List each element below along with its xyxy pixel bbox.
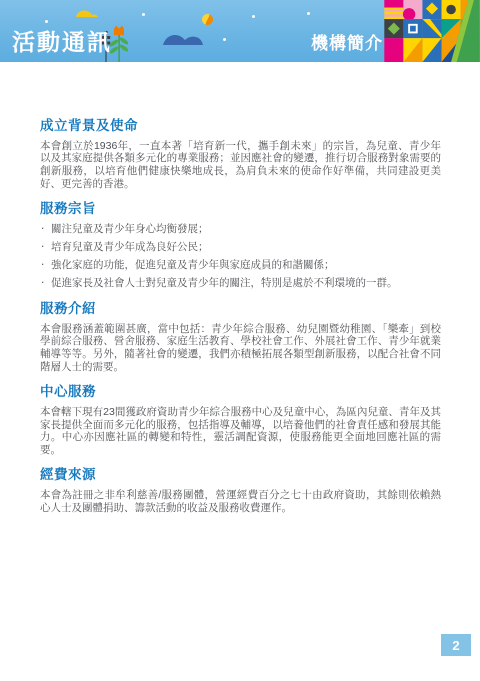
list-item-text: 促進家長及社會人士對兒童及青少年的關注，特別是處於不利環境的一群。 (51, 277, 398, 289)
white-dot-icon (45, 20, 48, 23)
list-item: ‧ 強化家庭的功能，促進兒童及青少年與家庭成員的和諧關係； (40, 259, 441, 272)
mosaic-pattern (384, 0, 480, 62)
newsletter-page: 活動通訊 機構簡介 成立背景及使命 本會創立於1936年，一直本著「培育新一代，… (0, 0, 480, 681)
section-service-objectives: 服務宗旨 ‧ 關注兒童及青少年身心均衡發展； ‧ 培育兒童及青少年成為良好公民；… (40, 202, 441, 290)
list-item: ‧ 促進家長及社會人士對兒童及青少年的關注，特別是處於不利環境的一群。 (40, 277, 441, 290)
page-number-badge: 2 (441, 634, 471, 656)
page-header: 活動通訊 機構簡介 (0, 0, 480, 62)
list-item: ‧ 培育兒童及青少年成為良好公民； (40, 241, 441, 254)
section-centre-services: 中心服務 本會轄下現有23間獲政府資助青少年綜合服務中心及兒童中心，為區內兒童、… (40, 385, 441, 456)
list-item: ‧ 關注兒童及青少年身心均衡發展； (40, 223, 441, 236)
section-heading: 經費來源 (40, 468, 441, 483)
section-body: 本會服務涵蓋範圍甚廣，當中包括：青少年綜合服務、幼兒園暨幼稚園、「樂牽」到校學前… (40, 323, 441, 373)
objectives-list: ‧ 關注兒童及青少年身心均衡發展； ‧ 培育兒童及青少年成為良好公民； ‧ 強化… (40, 223, 441, 290)
section-body: 本會為註冊之非牟利慈善/服務團體，營運經費百分之七十由政府資助，其餘則依賴熱心人… (40, 489, 441, 514)
list-item-text: 關注兒童及青少年身心均衡發展； (51, 223, 209, 235)
section-service-introduction: 服務介紹 本會服務涵蓋範圍甚廣，當中包括：青少年綜合服務、幼兒園暨幼稚園、「樂牽… (40, 302, 441, 373)
bullet-marker: ‧ (41, 259, 44, 272)
section-heading: 中心服務 (40, 385, 441, 400)
bullet-marker: ‧ (41, 277, 44, 290)
header-section-label: 機構簡介 (311, 35, 383, 52)
yellow-cloud-icon (76, 10, 98, 17)
newsletter-title: 活動通訊 (12, 31, 112, 54)
blue-cloud-icon (163, 32, 203, 45)
section-body: 本會轄下現有23間獲政府資助青少年綜合服務中心及兒童中心，為區內兒童、青年及其家… (40, 406, 441, 456)
section-heading: 服務介紹 (40, 302, 441, 317)
white-dot-icon (307, 12, 310, 15)
section-body: 本會創立於1936年，一直本著「培育新一代，攜手創未來」的宗旨，為兒童、青少年以… (40, 140, 441, 190)
section-funding-sources: 經費來源 本會為註冊之非牟利慈善/服務團體，營運經費百分之七十由政府資助，其餘則… (40, 468, 441, 514)
list-item-text: 培育兒童及青少年成為良好公民； (51, 241, 209, 253)
white-dot-icon (252, 15, 255, 18)
sun-icon (202, 14, 213, 25)
white-dot-icon (223, 38, 226, 41)
content-area: 成立背景及使命 本會創立於1936年，一直本著「培育新一代，攜手創未來」的宗旨，… (0, 62, 480, 526)
section-founding-background: 成立背景及使命 本會創立於1936年，一直本著「培育新一代，攜手創未來」的宗旨，… (40, 119, 441, 190)
list-item-text: 強化家庭的功能，促進兒童及青少年與家庭成員的和諧關係； (51, 259, 335, 271)
bullet-marker: ‧ (41, 223, 44, 236)
section-heading: 成立背景及使命 (40, 119, 441, 134)
bullet-marker: ‧ (41, 241, 44, 254)
section-heading: 服務宗旨 (40, 202, 441, 217)
white-dot-icon (142, 13, 145, 16)
